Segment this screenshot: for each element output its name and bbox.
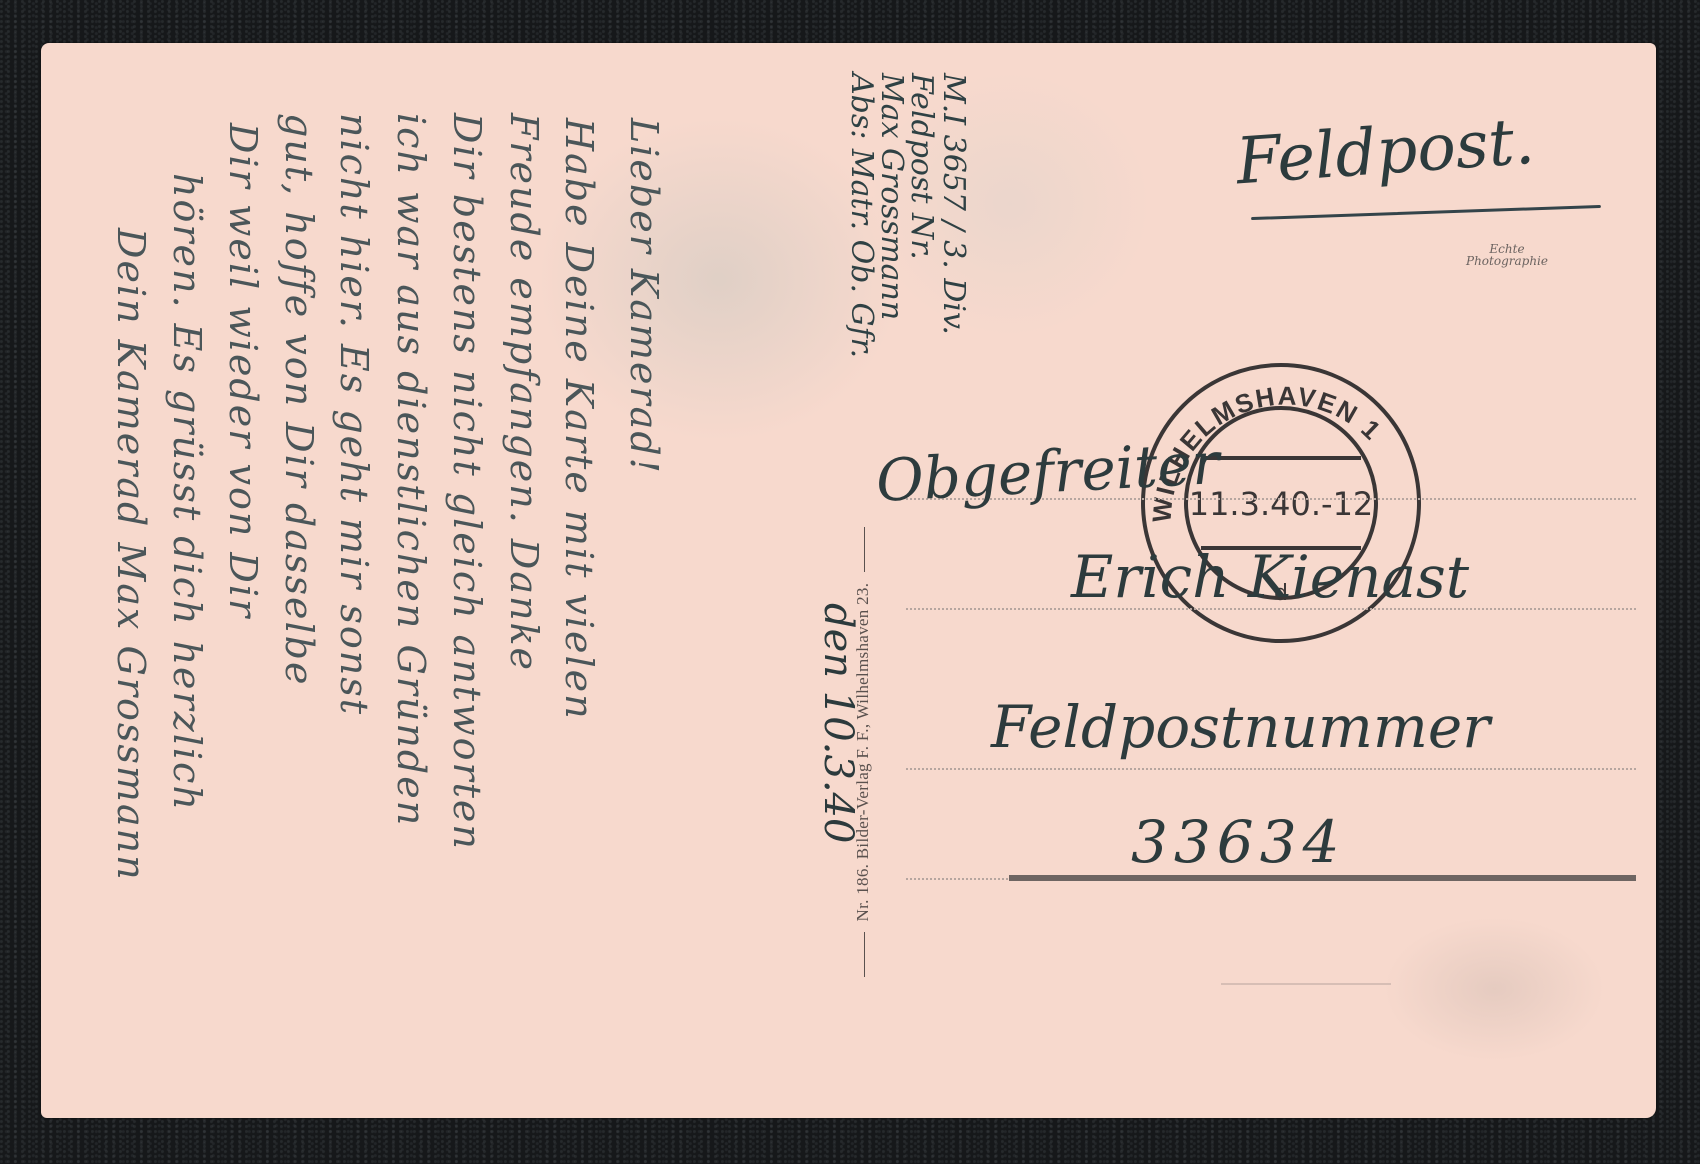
photo-logo: Echte Photographie bbox=[1466, 243, 1548, 267]
message-line: hören. Es grüsst dich herzlich bbox=[165, 173, 209, 812]
message-line: Dir bestens nicht gleich antworten bbox=[445, 113, 489, 851]
imprint-rule bbox=[864, 932, 865, 977]
imprint-number: Nr. 186. bbox=[853, 864, 872, 922]
imprint-publisher: Bilder-Verlag F. F., Wilhelmshaven 23. bbox=[853, 583, 872, 859]
message-greeting: Lieber Kamerad! bbox=[622, 118, 666, 475]
sender-line: Feldpost Nr. bbox=[904, 73, 939, 260]
message-line: Freude empfangen. Danke bbox=[502, 113, 546, 672]
message-line: nicht hier. Es geht mir sonst bbox=[332, 113, 376, 716]
paper-crease bbox=[1221, 983, 1391, 985]
address-line bbox=[906, 768, 1636, 770]
field-post-number: 33634 bbox=[1131, 808, 1346, 876]
message-line: Dir weil wieder von Dir bbox=[221, 123, 265, 619]
message-line: gut, hoffe von Dir dasselbe bbox=[277, 113, 321, 686]
feldpost-title: Feldpost. bbox=[1234, 105, 1537, 200]
sender-line: M.I 3657 / 3. Div. bbox=[936, 73, 971, 335]
publisher-imprint: Nr. 186. Bilder-Verlag F. F., Wilhelmsha… bbox=[853, 521, 873, 983]
message-line: Habe Deine Karte mit vielen bbox=[557, 118, 601, 721]
imprint-rule bbox=[864, 527, 865, 572]
postcard: Dein Kamerad Max Grossmann hören. Es grü… bbox=[41, 43, 1656, 1118]
photo-logo-line2: Photographie bbox=[1466, 255, 1548, 267]
title-underline bbox=[1251, 205, 1601, 220]
recipient-name: Erich Kienast bbox=[1071, 543, 1469, 611]
recipient-field-label: Feldpostnummer bbox=[991, 693, 1490, 761]
message-line: ich war aus dienstlichen Gründen bbox=[389, 113, 433, 827]
message-line: Dein Kamerad Max Grossmann bbox=[109, 228, 153, 882]
